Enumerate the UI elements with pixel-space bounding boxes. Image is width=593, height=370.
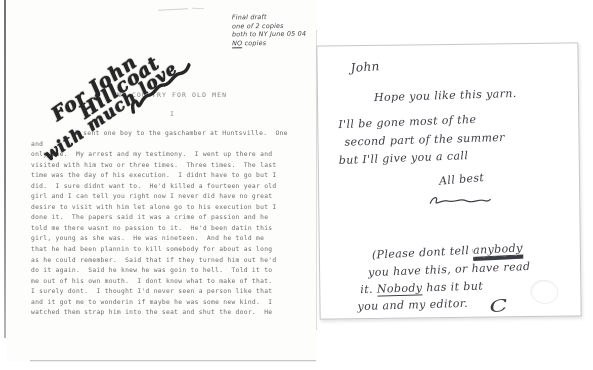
note-ps-line: it. Nobody has it but — [360, 280, 483, 297]
page-bottom-edge — [30, 360, 316, 361]
draft-annotation-line: NO copies — [232, 38, 318, 47]
underlined-nobody: Nobody — [377, 281, 423, 296]
scanned-documents-photo: Final draft one of 2 copies both to NY J… — [0, 0, 593, 370]
note-ps-line: you and my editor. — [357, 297, 468, 313]
note-line: Hope you like this yarn. — [374, 87, 517, 104]
handwritten-note: John Hope you like this yarn. I'll be go… — [316, 42, 581, 319]
ps-text: (Please dont tell — [372, 244, 474, 262]
draft-annotation: Final draft one of 2 copies both to NY J… — [232, 13, 318, 48]
note-line: second part of the summer — [344, 131, 505, 149]
note-closing: All best — [439, 171, 485, 188]
underlined-anybody: anybody — [473, 241, 523, 257]
cormac-pen-signature — [425, 192, 491, 209]
faint-pencil-mark — [158, 5, 188, 11]
page-left-edge — [4, 0, 6, 338]
signature-scrawl — [425, 192, 491, 209]
faint-pencil-mark — [192, 5, 204, 9]
note-salutation: John — [350, 59, 380, 75]
typescript-page: Final draft one of 2 copies both to NY J… — [6, 0, 316, 362]
embossed-seal-mark — [528, 277, 560, 306]
note-ps-line: (Please dont tell anybody — [372, 241, 523, 261]
note-ps-line: you have this, or have read — [368, 260, 531, 279]
ps-text: it. — [360, 283, 377, 296]
draft-annotation-line-rest: copies — [242, 39, 266, 47]
note-line: I'll be gone most of the — [338, 113, 477, 131]
note-line: but I'll give you a call — [339, 149, 469, 167]
underlined-no: NO — [232, 39, 242, 48]
ps-text: has it but — [422, 280, 483, 295]
note-initial-c: C — [488, 295, 510, 317]
draft-annotation-line: both to NY June 05 04 — [232, 30, 318, 39]
